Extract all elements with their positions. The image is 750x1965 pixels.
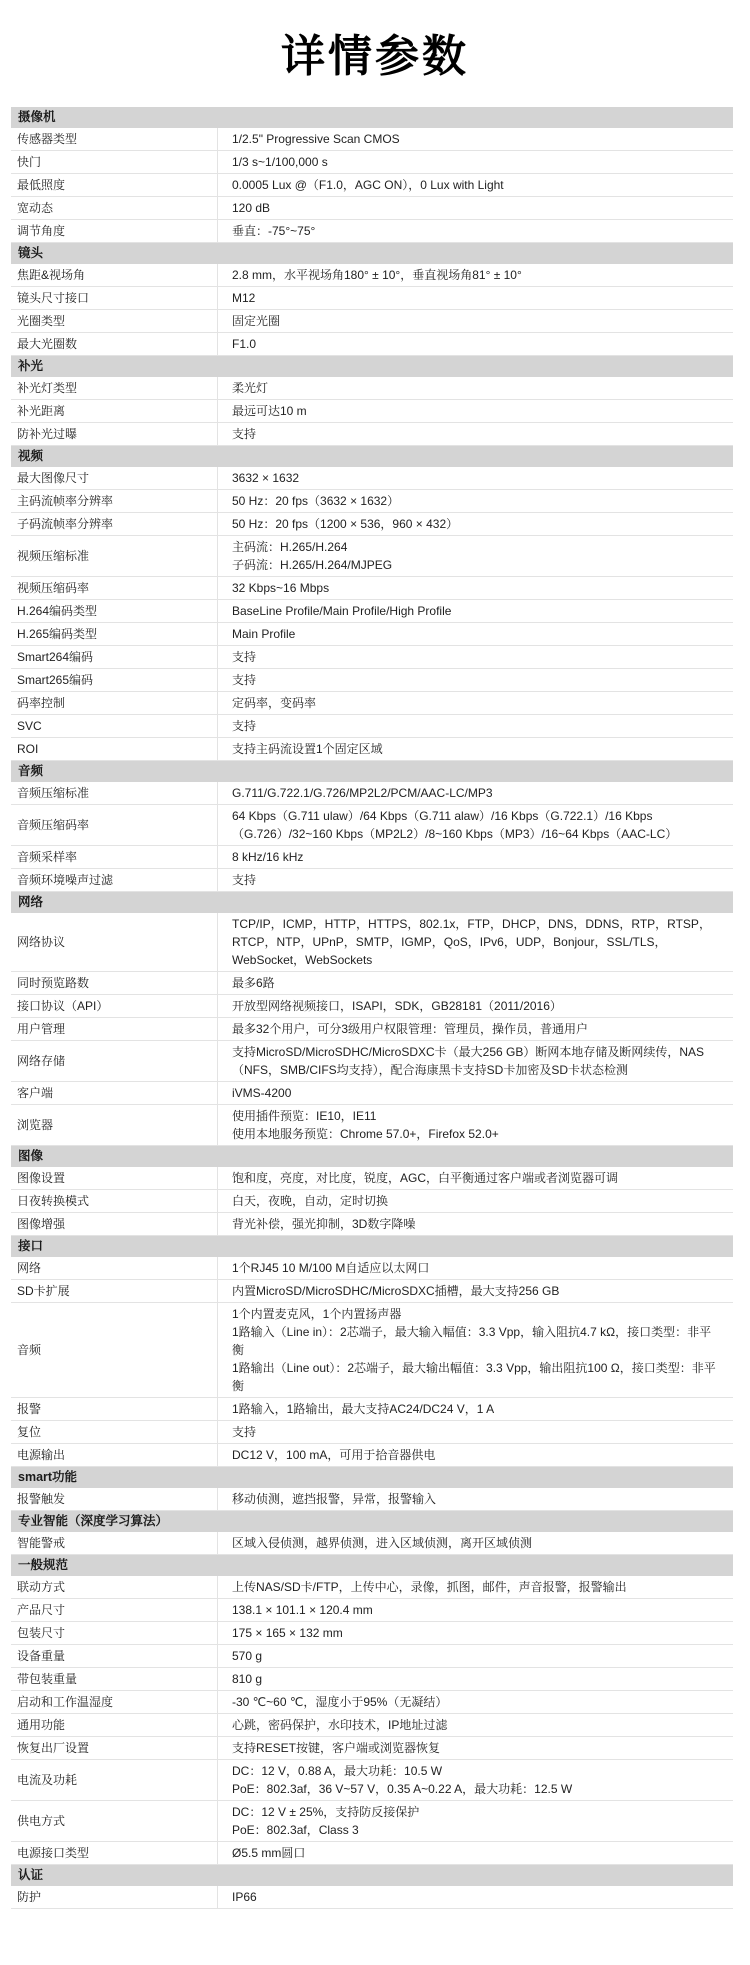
spec-value: 固定光圈: [217, 310, 733, 332]
spec-row: 客户端iVMS-4200: [11, 1082, 733, 1105]
spec-row: 最大图像尺寸3632 × 1632: [11, 467, 733, 490]
spec-row: 最大光圈数F1.0: [11, 333, 733, 356]
spec-value-line: 120 dB: [232, 199, 719, 217]
spec-value-line: 心跳，密码保护，水印技术，IP地址过滤: [232, 1716, 719, 1734]
spec-label: 网络: [11, 1257, 217, 1279]
spec-value: DC：12 V，0.88 A，最大功耗：10.5 WPoE：802.3af，36…: [217, 1760, 733, 1800]
spec-row: H.265编码类型Main Profile: [11, 623, 733, 646]
section-header: 网络: [11, 892, 733, 913]
spec-value-line: Main Profile: [232, 625, 719, 643]
spec-value-line: TCP/IP，ICMP，HTTP，HTTPS，802.1x，FTP，DHCP，D…: [232, 915, 719, 969]
spec-value-line: 50 Hz：20 fps（1200 × 536，960 × 432）: [232, 515, 719, 533]
spec-label: SVC: [11, 715, 217, 737]
spec-value: M12: [217, 287, 733, 309]
spec-value-line: 最远可达10 m: [232, 402, 719, 420]
spec-label: 焦距&视场角: [11, 264, 217, 286]
spec-table: 摄像机传感器类型1/2.5" Progressive Scan CMOS快门1/…: [11, 107, 733, 1909]
spec-label-text: 最低照度: [17, 176, 65, 194]
spec-value: IP66: [217, 1886, 733, 1908]
spec-label-text: 启动和工作温湿度: [17, 1693, 113, 1711]
spec-row: Smart265编码支持: [11, 669, 733, 692]
spec-value-line: 8 kHz/16 kHz: [232, 848, 719, 866]
spec-row: 图像增强背光补偿，强光抑制，3D数字降噪: [11, 1213, 733, 1236]
spec-value: 50 Hz：20 fps（1200 × 536，960 × 432）: [217, 513, 733, 535]
spec-value-line: 饱和度，亮度，对比度，锐度，AGC，白平衡通过客户端或者浏览器可调: [232, 1169, 719, 1187]
spec-label: H.265编码类型: [11, 623, 217, 645]
spec-value: Ø5.5 mm圆口: [217, 1842, 733, 1864]
spec-label: 视频压缩标准: [11, 536, 217, 576]
spec-row: 智能警戒区域入侵侦测，越界侦测，进入区域侦测，离开区域侦测: [11, 1532, 733, 1555]
spec-label: 设备重量: [11, 1645, 217, 1667]
spec-label: 补光距离: [11, 400, 217, 422]
spec-label-text: 音频: [17, 1341, 41, 1359]
spec-row: 网络1个RJ45 10 M/100 M自适应以太网口: [11, 1257, 733, 1280]
spec-value-line: DC12 V，100 mA，可用于拾音器供电: [232, 1446, 719, 1464]
spec-label: 复位: [11, 1421, 217, 1443]
spec-value: 50 Hz：20 fps（3632 × 1632）: [217, 490, 733, 512]
spec-value: 移动侦测，遮挡报警，异常，报警输入: [217, 1488, 733, 1510]
spec-label: 包装尺寸: [11, 1622, 217, 1644]
spec-label-text: 日夜转换模式: [17, 1192, 89, 1210]
spec-row: 包装尺寸175 × 165 × 132 mm: [11, 1622, 733, 1645]
spec-value-line: 支持: [232, 1423, 719, 1441]
spec-value: 32 Kbps~16 Mbps: [217, 577, 733, 599]
spec-label-text: ROI: [17, 740, 38, 758]
spec-value-line: 1/3 s~1/100,000 s: [232, 153, 719, 171]
spec-label-text: 音频压缩标准: [17, 784, 89, 802]
spec-label-text: 同时预览路数: [17, 974, 89, 992]
spec-row: 恢复出厂设置支持RESET按键，客户端或浏览器恢复: [11, 1737, 733, 1760]
spec-label-text: 恢复出厂设置: [17, 1739, 89, 1757]
spec-label-text: Smart264编码: [17, 648, 93, 666]
spec-value: 1个内置麦克风，1个内置扬声器1路输入（Line in）：2芯端子，最大输入幅值…: [217, 1303, 733, 1397]
spec-label-text: 快门: [17, 153, 41, 171]
spec-row: 网络协议TCP/IP，ICMP，HTTP，HTTPS，802.1x，FTP，DH…: [11, 913, 733, 972]
spec-row: 带包装重量810 g: [11, 1668, 733, 1691]
spec-row: 码率控制定码率，变码率: [11, 692, 733, 715]
spec-label-text: 焦距&视场角: [17, 266, 85, 284]
spec-value-line: PoE：802.3af，Class 3: [232, 1821, 719, 1839]
spec-value-line: 上传NAS/SD卡/FTP，上传中心，录像，抓图，邮件，声音报警，报警输出: [232, 1578, 719, 1596]
spec-label: SD卡扩展: [11, 1280, 217, 1302]
spec-value: 3632 × 1632: [217, 467, 733, 489]
spec-value-line: 支持RESET按键，客户端或浏览器恢复: [232, 1739, 719, 1757]
spec-value-line: 最多6路: [232, 974, 719, 992]
spec-row: 镜头尺寸接口M12: [11, 287, 733, 310]
spec-row: 宽动态120 dB: [11, 197, 733, 220]
spec-label-text: 复位: [17, 1423, 41, 1441]
spec-value: 1路输入，1路输出，最大支持AC24/DC24 V，1 A: [217, 1398, 733, 1420]
spec-label-text: H.264编码类型: [17, 602, 97, 620]
spec-value-line: -30 ℃~60 ℃，湿度小于95%（无凝结）: [232, 1693, 719, 1711]
spec-label-text: 电流及功耗: [17, 1771, 77, 1789]
spec-value-line: 570 g: [232, 1647, 719, 1665]
spec-value: 2.8 mm，水平视场角180° ± 10°，垂直视场角81° ± 10°: [217, 264, 733, 286]
spec-label: 智能警戒: [11, 1532, 217, 1554]
spec-row: 最低照度0.0005 Lux @（F1.0，AGC ON），0 Lux with…: [11, 174, 733, 197]
spec-row: H.264编码类型BaseLine Profile/Main Profile/H…: [11, 600, 733, 623]
spec-label: 光圈类型: [11, 310, 217, 332]
spec-row: 联动方式上传NAS/SD卡/FTP，上传中心，录像，抓图，邮件，声音报警，报警输…: [11, 1576, 733, 1599]
section-header: 接口: [11, 1236, 733, 1257]
spec-label-text: 图像增强: [17, 1215, 65, 1233]
spec-value-line: 1/2.5" Progressive Scan CMOS: [232, 130, 719, 148]
spec-label-text: 报警触发: [17, 1490, 65, 1508]
spec-label-text: Smart265编码: [17, 671, 93, 689]
spec-label: 供电方式: [11, 1801, 217, 1841]
spec-row: 调节角度垂直：-75°~75°: [11, 220, 733, 243]
spec-value-line: 垂直：-75°~75°: [232, 222, 719, 240]
section-header: 音频: [11, 761, 733, 782]
spec-label: 主码流帧率分辨率: [11, 490, 217, 512]
spec-label: 补光灯类型: [11, 377, 217, 399]
spec-row: 浏览器使用插件预览：IE10，IE11使用本地服务预览：Chrome 57.0+…: [11, 1105, 733, 1146]
section-header: 视频: [11, 446, 733, 467]
spec-label: 启动和工作温湿度: [11, 1691, 217, 1713]
spec-label-text: 图像设置: [17, 1169, 65, 1187]
spec-label-text: 网络存储: [17, 1052, 65, 1070]
spec-row: 接口协议（API）开放型网络视频接口，ISAPI，SDK，GB28181（201…: [11, 995, 733, 1018]
spec-value-line: iVMS-4200: [232, 1084, 719, 1102]
spec-row: 报警触发移动侦测，遮挡报警，异常，报警输入: [11, 1488, 733, 1511]
spec-value-line: 175 × 165 × 132 mm: [232, 1624, 719, 1642]
spec-value-line: 32 Kbps~16 Mbps: [232, 579, 719, 597]
spec-value: DC12 V，100 mA，可用于拾音器供电: [217, 1444, 733, 1466]
spec-row: 图像设置饱和度，亮度，对比度，锐度，AGC，白平衡通过客户端或者浏览器可调: [11, 1167, 733, 1190]
spec-value: 背光补偿，强光抑制，3D数字降噪: [217, 1213, 733, 1235]
spec-row: 子码流帧率分辨率50 Hz：20 fps（1200 × 536，960 × 43…: [11, 513, 733, 536]
section-header: 一般规范: [11, 1555, 733, 1576]
spec-value-line: 支持: [232, 671, 719, 689]
spec-value: 支持: [217, 869, 733, 891]
spec-value: BaseLine Profile/Main Profile/High Profi…: [217, 600, 733, 622]
spec-row: 网络存储支持MicroSD/MicroSDHC/MicroSDXC卡（最大256…: [11, 1041, 733, 1082]
spec-value-line: 138.1 × 101.1 × 120.4 mm: [232, 1601, 719, 1619]
spec-row: 音频压缩码率64 Kbps（G.711 ulaw）/64 Kbps（G.711 …: [11, 805, 733, 846]
spec-value: 最远可达10 m: [217, 400, 733, 422]
spec-value: 区域入侵侦测，越界侦测，进入区域侦测，离开区域侦测: [217, 1532, 733, 1554]
spec-value: 1/3 s~1/100,000 s: [217, 151, 733, 173]
spec-value-line: BaseLine Profile/Main Profile/High Profi…: [232, 602, 719, 620]
spec-label-text: 联动方式: [17, 1578, 65, 1596]
spec-value-line: G.711/G.722.1/G.726/MP2L2/PCM/AAC-LC/MP3: [232, 784, 719, 802]
spec-value: G.711/G.722.1/G.726/MP2L2/PCM/AAC-LC/MP3: [217, 782, 733, 804]
spec-row: ROI支持主码流设置1个固定区域: [11, 738, 733, 761]
spec-value: 主码流：H.265/H.264子码流：H.265/H.264/MJPEG: [217, 536, 733, 576]
spec-label-text: 防补光过曝: [17, 425, 77, 443]
spec-value-line: 支持: [232, 717, 719, 735]
spec-row: 补光距离最远可达10 m: [11, 400, 733, 423]
spec-value: 8 kHz/16 kHz: [217, 846, 733, 868]
spec-label: 报警: [11, 1398, 217, 1420]
spec-value-line: 3632 × 1632: [232, 469, 719, 487]
spec-label-text: SD卡扩展: [17, 1282, 70, 1300]
spec-value-line: Ø5.5 mm圆口: [232, 1844, 719, 1862]
spec-label: 通用功能: [11, 1714, 217, 1736]
spec-label: 联动方式: [11, 1576, 217, 1598]
spec-value: 570 g: [217, 1645, 733, 1667]
spec-value: 1个RJ45 10 M/100 M自适应以太网口: [217, 1257, 733, 1279]
spec-value-line: 支持: [232, 648, 719, 666]
spec-value-line: 内置MicroSD/MicroSDHC/MicroSDXC插槽，最大支持256 …: [232, 1282, 719, 1300]
spec-value: 支持: [217, 1421, 733, 1443]
spec-label: 传感器类型: [11, 128, 217, 150]
spec-value: 支持: [217, 423, 733, 445]
spec-value-line: 1个内置麦克风，1个内置扬声器: [232, 1305, 719, 1323]
spec-label: Smart265编码: [11, 669, 217, 691]
spec-row: 光圈类型固定光圈: [11, 310, 733, 333]
spec-value-line: M12: [232, 289, 719, 307]
spec-row: SVC支持: [11, 715, 733, 738]
spec-label: 网络协议: [11, 913, 217, 971]
spec-label-text: 电源接口类型: [17, 1844, 89, 1862]
spec-value-line: 背光补偿，强光抑制，3D数字降噪: [232, 1215, 719, 1233]
spec-label-text: 镜头尺寸接口: [17, 289, 89, 307]
spec-row: 快门1/3 s~1/100,000 s: [11, 151, 733, 174]
spec-label-text: 子码流帧率分辨率: [17, 515, 113, 533]
spec-label: 防护: [11, 1886, 217, 1908]
spec-label: 码率控制: [11, 692, 217, 714]
spec-label: 最低照度: [11, 174, 217, 196]
spec-row: 同时预览路数最多6路: [11, 972, 733, 995]
spec-label-text: 防护: [17, 1888, 41, 1906]
spec-label: Smart264编码: [11, 646, 217, 668]
spec-row: SD卡扩展内置MicroSD/MicroSDHC/MicroSDXC插槽，最大支…: [11, 1280, 733, 1303]
spec-label: 最大光圈数: [11, 333, 217, 355]
spec-value: 心跳，密码保护，水印技术，IP地址过滤: [217, 1714, 733, 1736]
spec-label: 防补光过曝: [11, 423, 217, 445]
spec-row: 音频压缩标准G.711/G.722.1/G.726/MP2L2/PCM/AAC-…: [11, 782, 733, 805]
spec-value: 0.0005 Lux @（F1.0，AGC ON），0 Lux with Lig…: [217, 174, 733, 196]
page-title: 详情参数: [0, 32, 750, 83]
spec-label-text: 调节角度: [17, 222, 65, 240]
spec-label-text: 视频压缩码率: [17, 579, 89, 597]
spec-value-line: 支持主码流设置1个固定区域: [232, 740, 719, 758]
spec-value-line: 柔光灯: [232, 379, 719, 397]
spec-row: 报警1路输入，1路输出，最大支持AC24/DC24 V，1 A: [11, 1398, 733, 1421]
spec-row: 防补光过曝支持: [11, 423, 733, 446]
section-header: 补光: [11, 356, 733, 377]
spec-value-line: F1.0: [232, 335, 719, 353]
spec-value-line: DC：12 V，0.88 A，最大功耗：10.5 W: [232, 1762, 719, 1780]
spec-label-text: 主码流帧率分辨率: [17, 492, 113, 510]
spec-label-text: 接口协议（API）: [17, 997, 108, 1015]
spec-row: 视频压缩标准主码流：H.265/H.264子码流：H.265/H.264/MJP…: [11, 536, 733, 577]
spec-value-line: 子码流：H.265/H.264/MJPEG: [232, 556, 719, 574]
spec-label: 电源输出: [11, 1444, 217, 1466]
spec-value: Main Profile: [217, 623, 733, 645]
spec-value-line: IP66: [232, 1888, 719, 1906]
spec-value: -30 ℃~60 ℃，湿度小于95%（无凝结）: [217, 1691, 733, 1713]
spec-row: 焦距&视场角2.8 mm，水平视场角180° ± 10°，垂直视场角81° ± …: [11, 264, 733, 287]
spec-row: 电流及功耗DC：12 V，0.88 A，最大功耗：10.5 WPoE：802.3…: [11, 1760, 733, 1801]
section-header: 专业智能（深度学习算法）: [11, 1511, 733, 1532]
spec-value-line: 支持: [232, 871, 719, 889]
spec-row: 设备重量570 g: [11, 1645, 733, 1668]
spec-label: 图像增强: [11, 1213, 217, 1235]
spec-value: 支持主码流设置1个固定区域: [217, 738, 733, 760]
spec-value: 支持RESET按键，客户端或浏览器恢复: [217, 1737, 733, 1759]
spec-value-line: 支持: [232, 425, 719, 443]
spec-label: 音频: [11, 1303, 217, 1397]
spec-label: 音频压缩标准: [11, 782, 217, 804]
spec-label-text: 智能警戒: [17, 1534, 65, 1552]
spec-row: 通用功能心跳，密码保护，水印技术，IP地址过滤: [11, 1714, 733, 1737]
spec-row: 供电方式DC：12 V ± 25%，支持防反接保护PoE：802.3af，Cla…: [11, 1801, 733, 1842]
spec-label-text: 音频采样率: [17, 848, 77, 866]
spec-label-text: SVC: [17, 717, 42, 735]
spec-value: 120 dB: [217, 197, 733, 219]
spec-label-text: 码率控制: [17, 694, 65, 712]
spec-label: 产品尺寸: [11, 1599, 217, 1621]
spec-value: 最多32个用户，可分3级用户权限管理：管理员，操作员，普通用户: [217, 1018, 733, 1040]
spec-row: 传感器类型1/2.5" Progressive Scan CMOS: [11, 128, 733, 151]
spec-value: 使用插件预览：IE10，IE11使用本地服务预览：Chrome 57.0+，Fi…: [217, 1105, 733, 1145]
spec-label: 电流及功耗: [11, 1760, 217, 1800]
spec-row: 日夜转换模式白天，夜晚，自动，定时切换: [11, 1190, 733, 1213]
spec-label-text: 视频压缩标准: [17, 547, 89, 565]
spec-row: 音频环境噪声过滤支持: [11, 869, 733, 892]
spec-label: 快门: [11, 151, 217, 173]
spec-label: 镜头尺寸接口: [11, 287, 217, 309]
spec-row: 复位支持: [11, 1421, 733, 1444]
spec-value-line: 50 Hz：20 fps（3632 × 1632）: [232, 492, 719, 510]
spec-value: 支持MicroSD/MicroSDHC/MicroSDXC卡（最大256 GB）…: [217, 1041, 733, 1081]
spec-label-text: 补光灯类型: [17, 379, 77, 397]
spec-value: 定码率，变码率: [217, 692, 733, 714]
spec-value: 白天，夜晚，自动，定时切换: [217, 1190, 733, 1212]
section-header: 摄像机: [11, 107, 733, 128]
spec-label-text: 音频压缩码率: [17, 816, 89, 834]
spec-label: 音频环境噪声过滤: [11, 869, 217, 891]
spec-label-text: 宽动态: [17, 199, 53, 217]
spec-value-line: 支持MicroSD/MicroSDHC/MicroSDXC卡（最大256 GB）…: [232, 1043, 719, 1079]
spec-row: 补光灯类型柔光灯: [11, 377, 733, 400]
spec-label-text: 光圈类型: [17, 312, 65, 330]
spec-label: ROI: [11, 738, 217, 760]
section-header: 图像: [11, 1146, 733, 1167]
spec-value-line: 1路输入（Line in）：2芯端子，最大输入幅值：3.3 Vpp，输入阻抗4.…: [232, 1323, 719, 1359]
spec-value-line: 810 g: [232, 1670, 719, 1688]
spec-label-text: 传感器类型: [17, 130, 77, 148]
spec-value: 垂直：-75°~75°: [217, 220, 733, 242]
spec-value: 开放型网络视频接口，ISAPI，SDK，GB28181（2011/2016）: [217, 995, 733, 1017]
spec-label-text: 最大光圈数: [17, 335, 77, 353]
spec-label: H.264编码类型: [11, 600, 217, 622]
spec-label: 接口协议（API）: [11, 995, 217, 1017]
spec-label-text: 带包装重量: [17, 1670, 77, 1688]
section-header: 镜头: [11, 243, 733, 264]
section-header: smart功能: [11, 1467, 733, 1488]
spec-label-text: 最大图像尺寸: [17, 469, 89, 487]
spec-label: 调节角度: [11, 220, 217, 242]
spec-row: 主码流帧率分辨率50 Hz：20 fps（3632 × 1632）: [11, 490, 733, 513]
spec-value: 内置MicroSD/MicroSDHC/MicroSDXC插槽，最大支持256 …: [217, 1280, 733, 1302]
spec-row: 启动和工作温湿度-30 ℃~60 ℃，湿度小于95%（无凝结）: [11, 1691, 733, 1714]
spec-value: 810 g: [217, 1668, 733, 1690]
spec-value: 支持: [217, 646, 733, 668]
spec-value-line: 1路输入，1路输出，最大支持AC24/DC24 V，1 A: [232, 1400, 719, 1418]
spec-label-text: 通用功能: [17, 1716, 65, 1734]
spec-label-text: 客户端: [17, 1084, 53, 1102]
spec-label-text: 设备重量: [17, 1647, 65, 1665]
spec-label: 音频采样率: [11, 846, 217, 868]
spec-value: DC：12 V ± 25%，支持防反接保护PoE：802.3af，Class 3: [217, 1801, 733, 1841]
spec-label: 报警触发: [11, 1488, 217, 1510]
spec-value-line: 使用本地服务预览：Chrome 57.0+，Firefox 52.0+: [232, 1125, 719, 1143]
spec-value-line: 1路输出（Line out）：2芯端子，最大输出幅值：3.3 Vpp，输出阻抗1…: [232, 1359, 719, 1395]
spec-value: 支持: [217, 715, 733, 737]
spec-value: iVMS-4200: [217, 1082, 733, 1104]
spec-row: Smart264编码支持: [11, 646, 733, 669]
spec-label-text: 供电方式: [17, 1812, 65, 1830]
spec-label: 同时预览路数: [11, 972, 217, 994]
spec-value: 64 Kbps（G.711 ulaw）/64 Kbps（G.711 alaw）/…: [217, 805, 733, 845]
spec-row: 电源输出DC12 V，100 mA，可用于拾音器供电: [11, 1444, 733, 1467]
spec-row: 产品尺寸138.1 × 101.1 × 120.4 mm: [11, 1599, 733, 1622]
spec-label: 日夜转换模式: [11, 1190, 217, 1212]
spec-row: 音频1个内置麦克风，1个内置扬声器1路输入（Line in）：2芯端子，最大输入…: [11, 1303, 733, 1398]
spec-label: 宽动态: [11, 197, 217, 219]
spec-row: 电源接口类型Ø5.5 mm圆口: [11, 1842, 733, 1865]
spec-value: F1.0: [217, 333, 733, 355]
spec-row: 防护IP66: [11, 1886, 733, 1909]
spec-value-line: 2.8 mm，水平视场角180° ± 10°，垂直视场角81° ± 10°: [232, 266, 719, 284]
spec-label: 带包装重量: [11, 1668, 217, 1690]
spec-label: 子码流帧率分辨率: [11, 513, 217, 535]
spec-label-text: 网络协议: [17, 933, 65, 951]
spec-label: 图像设置: [11, 1167, 217, 1189]
spec-label-text: 包装尺寸: [17, 1624, 65, 1642]
spec-label: 恢复出厂设置: [11, 1737, 217, 1759]
spec-row: 音频采样率8 kHz/16 kHz: [11, 846, 733, 869]
spec-label-text: 电源输出: [17, 1446, 65, 1464]
spec-label: 网络存储: [11, 1041, 217, 1081]
spec-label: 电源接口类型: [11, 1842, 217, 1864]
spec-label-text: H.265编码类型: [17, 625, 97, 643]
spec-value-line: 区域入侵侦测，越界侦测，进入区域侦测，离开区域侦测: [232, 1534, 719, 1552]
spec-value: 支持: [217, 669, 733, 691]
spec-value-line: 使用插件预览：IE10，IE11: [232, 1107, 719, 1125]
spec-row: 用户管理最多32个用户，可分3级用户权限管理：管理员，操作员，普通用户: [11, 1018, 733, 1041]
spec-value: 175 × 165 × 132 mm: [217, 1622, 733, 1644]
spec-value-line: 主码流：H.265/H.264: [232, 538, 719, 556]
spec-label: 客户端: [11, 1082, 217, 1104]
spec-label-text: 报警: [17, 1400, 41, 1418]
spec-value: 饱和度，亮度，对比度，锐度，AGC，白平衡通过客户端或者浏览器可调: [217, 1167, 733, 1189]
spec-value: 138.1 × 101.1 × 120.4 mm: [217, 1599, 733, 1621]
spec-value-line: DC：12 V ± 25%，支持防反接保护: [232, 1803, 719, 1821]
spec-value-line: 固定光圈: [232, 312, 719, 330]
spec-label-text: 音频环境噪声过滤: [17, 871, 113, 889]
spec-label: 浏览器: [11, 1105, 217, 1145]
spec-value: TCP/IP，ICMP，HTTP，HTTPS，802.1x，FTP，DHCP，D…: [217, 913, 733, 971]
spec-value-line: 64 Kbps（G.711 ulaw）/64 Kbps（G.711 alaw）/…: [232, 807, 719, 843]
spec-value: 柔光灯: [217, 377, 733, 399]
spec-label-text: 用户管理: [17, 1020, 65, 1038]
spec-label: 音频压缩码率: [11, 805, 217, 845]
spec-value-line: 1个RJ45 10 M/100 M自适应以太网口: [232, 1259, 719, 1277]
spec-value: 最多6路: [217, 972, 733, 994]
spec-value: 1/2.5" Progressive Scan CMOS: [217, 128, 733, 150]
spec-row: 视频压缩码率32 Kbps~16 Mbps: [11, 577, 733, 600]
spec-label-text: 产品尺寸: [17, 1601, 65, 1619]
spec-label: 视频压缩码率: [11, 577, 217, 599]
spec-value-line: 开放型网络视频接口，ISAPI，SDK，GB28181（2011/2016）: [232, 997, 719, 1015]
spec-label-text: 网络: [17, 1259, 41, 1277]
spec-value-line: 0.0005 Lux @（F1.0，AGC ON），0 Lux with Lig…: [232, 176, 719, 194]
spec-value-line: PoE：802.3af，36 V~57 V，0.35 A~0.22 A，最大功耗…: [232, 1780, 719, 1798]
